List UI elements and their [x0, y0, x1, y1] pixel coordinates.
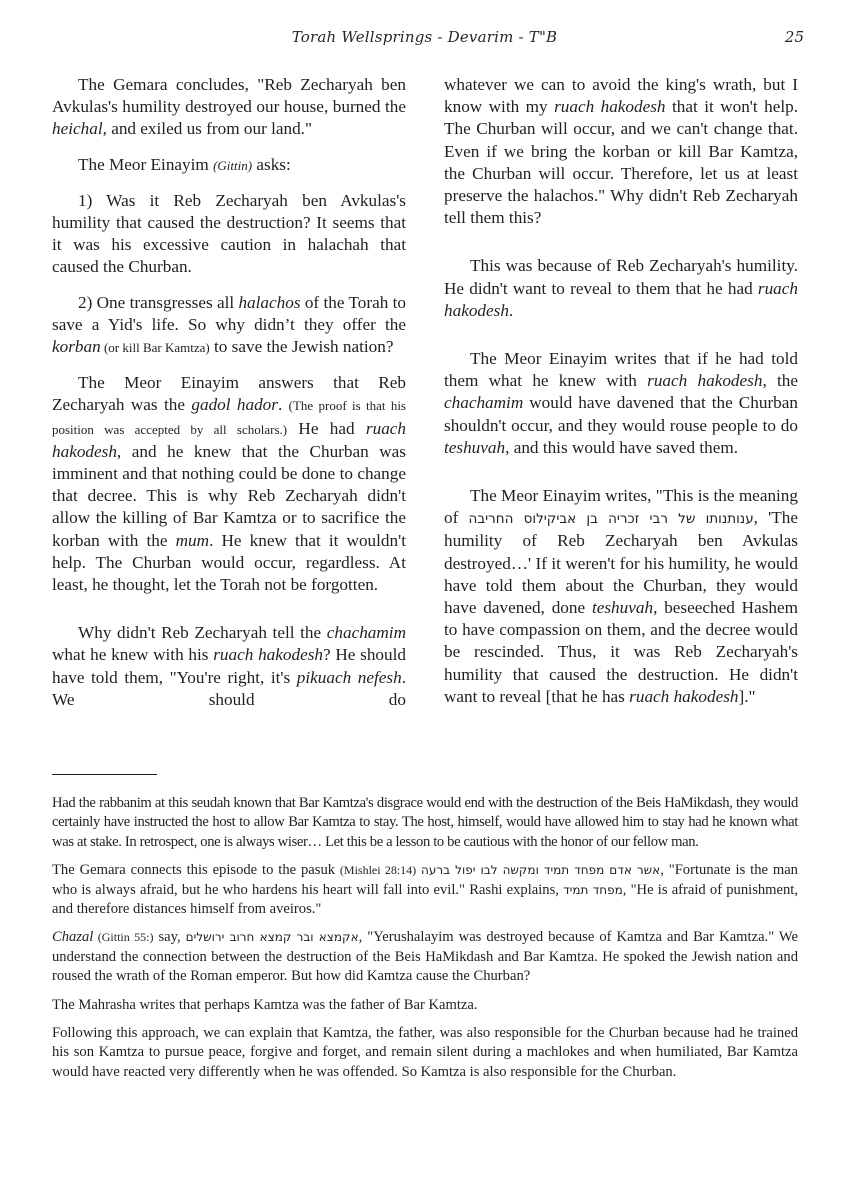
text: . [278, 395, 289, 414]
italic-term: ruach hakodesh [629, 687, 738, 706]
parenthetical: (or kill Bar Kamtza) [101, 340, 210, 355]
page-header: Torah Wellsprings - Devarim - T"B 25 [0, 28, 849, 52]
italic-term: teshuvah [592, 598, 653, 617]
footnote: Following this approach, we can explain … [52, 1024, 798, 1082]
text: say, [153, 929, 185, 945]
footnote-separator [52, 774, 157, 775]
right-column: whatever we can to avoid the king's wrat… [444, 74, 798, 724]
hebrew-quote: מפחד תמיד [563, 883, 623, 897]
text: Why didn't Reb Zecharyah tell the [78, 623, 327, 642]
paragraph: The Gemara concludes, "Reb Zecharyah ben… [52, 74, 406, 141]
text: . [509, 301, 513, 320]
citation-text: (Gittin) [213, 158, 252, 173]
paragraph: The Meor Einayim writes that if he had t… [444, 348, 798, 459]
text: 2) One transgresses all [78, 293, 238, 312]
text: This was because of Reb Zecharyah's humi… [444, 256, 798, 297]
footnotes: Had the rabbanim at this seudah known th… [52, 794, 798, 1091]
italic-term: ruach hakodesh [647, 371, 762, 390]
hebrew-quote: ענותנותו של רבי זכריה בן אביקילוס החריבה [469, 511, 754, 527]
footnote: The Mahrasha writes that perhaps Kamtza … [52, 996, 798, 1015]
italic-term: pikuach nefesh [297, 668, 402, 687]
italic-term: heichal [52, 119, 103, 138]
text: that it won't help. The Churban will occ… [444, 97, 798, 227]
paragraph: whatever we can to avoid the king's wrat… [444, 74, 798, 229]
running-title: Torah Wellsprings - Devarim - T"B [0, 28, 849, 46]
footnote: Had the rabbanim at this seudah known th… [52, 794, 798, 852]
italic-term: korban [52, 337, 101, 356]
paragraph: This was because of Reb Zecharyah's humi… [444, 255, 798, 322]
text: , and exiled us from our land." [103, 119, 312, 138]
text: The Meor Einayim [78, 155, 213, 174]
paragraph: 1) Was it Reb Zecharyah ben Avkulas's hu… [52, 190, 406, 279]
italic-term: ruach hakodesh [213, 645, 323, 664]
source-citation: (Mishlei 28:14) [340, 863, 416, 877]
footnote: Chazal (Gittin 55:) say, אקמצא ובר קמצא … [52, 928, 798, 986]
text: ]." [738, 687, 755, 706]
text: asks: [252, 155, 291, 174]
italic-term: ruach hakodesh [554, 97, 665, 116]
text: The Gemara concludes, "Reb Zecharyah ben… [52, 75, 406, 116]
hebrew-quote: אקמצא ובר קמצא חרוב ירושלים [186, 930, 359, 944]
source-citation: (Gittin 55:) [93, 930, 153, 944]
text: He had [287, 419, 366, 438]
text: , and this would have saved them. [505, 438, 738, 457]
italic-term: Chazal [52, 929, 93, 945]
italic-term: halachos [238, 293, 300, 312]
left-column: The Gemara concludes, "Reb Zecharyah ben… [52, 74, 406, 724]
italic-term: teshuvah [444, 438, 505, 457]
italic-term: mum [176, 531, 209, 550]
paragraph: The Meor Einayim answers that Reb Zechar… [52, 372, 406, 596]
italic-term: chachamim [444, 393, 523, 412]
italic-term: gadol hador [191, 395, 278, 414]
footnote: The Gemara connects this episode to the … [52, 861, 798, 919]
text: to save the Jewish nation? [210, 337, 394, 356]
paragraph: The Meor Einayim (Gittin) asks: [52, 154, 406, 177]
source-citation: (Gittin) [213, 158, 252, 173]
main-text: The Gemara concludes, "Reb Zecharyah ben… [52, 74, 798, 724]
paragraph: The Meor Einayim writes, "This is the me… [444, 485, 798, 708]
text: what he knew with his [52, 645, 213, 664]
page-number: 25 [785, 28, 804, 46]
italic-term: chachamim [327, 623, 406, 642]
text: , the [762, 371, 798, 390]
paragraph: Why didn't Reb Zecharyah tell the chacha… [52, 622, 406, 711]
paragraph: 2) One transgresses all halachos of the … [52, 292, 406, 360]
text: The Gemara connects this episode to the … [52, 862, 340, 878]
hebrew-quote: אשר אדם מפחד תמיד ומקשה לבו יפול ברעה [421, 863, 660, 877]
